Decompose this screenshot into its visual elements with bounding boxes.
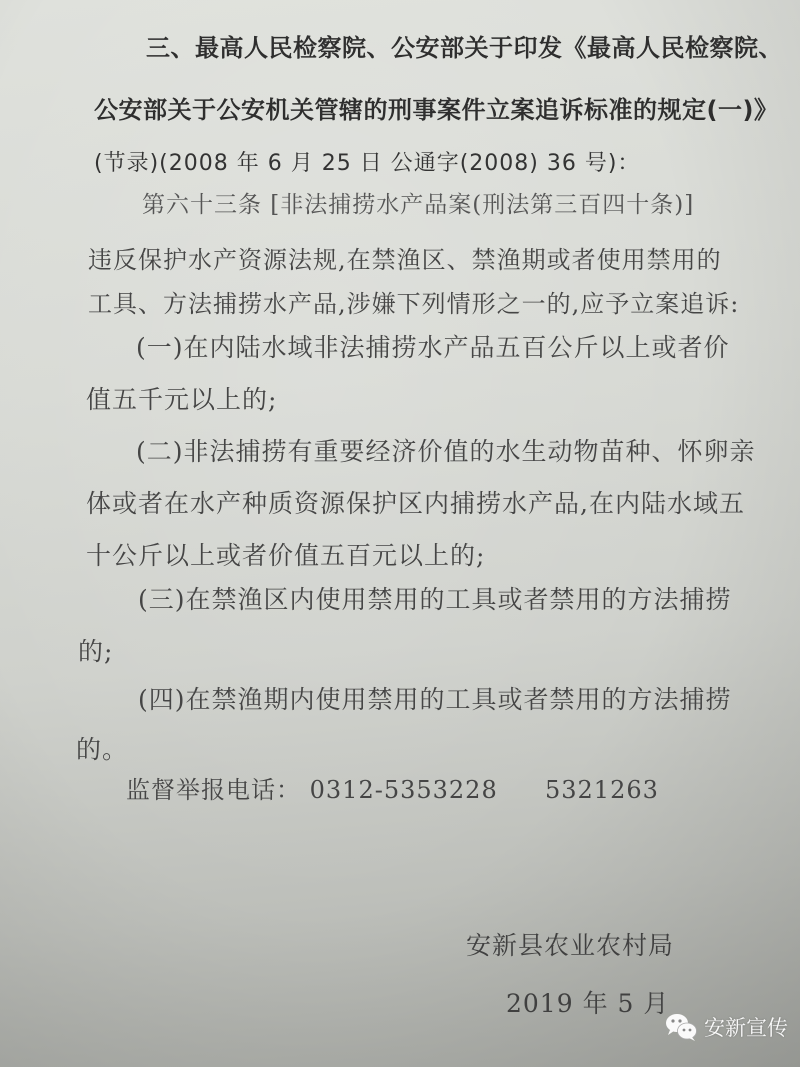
article-intro-line-2: 工具、方法捕捞水产品,涉嫌下列情形之一的,应予立案追诉: [88, 284, 739, 319]
item-2-line-3: 十公斤以上或者价值五百元以上的; [86, 536, 485, 572]
watermark-text: 安新宣传 [704, 1012, 788, 1042]
item-2-line-2: 体或者在水产种质资源保护区内捕捞水产品,在内陆水域五 [86, 484, 745, 520]
heading-line-2: 公安部关于公安机关管辖的刑事案件立案追诉标准的规定(一)》 [94, 90, 778, 125]
article-title: 第六十三条 [非法捕捞水产品案(刑法第三百四十条)] [142, 186, 694, 219]
item-3-line-2: 的; [78, 632, 113, 668]
item-1-line-2: 值五千元以上的; [86, 380, 277, 416]
heading-line-1: 三、最高人民检察院、公安部关于印发《最高人民检察院、 [146, 28, 783, 63]
hotline-phone-1: 0312-5353228 [310, 776, 498, 804]
item-4-line-1: (四)在禁渔期内使用禁用的工具或者禁用的方法捕捞 [138, 680, 732, 716]
article-intro-line-1: 违反保护水产资源法规,在禁渔区、禁渔期或者使用禁用的 [88, 240, 722, 275]
item-2-line-1: (二)非法捕捞有重要经济价值的水生动物苗种、怀卵亲 [136, 432, 756, 468]
item-4-line-2: 的。 [76, 730, 128, 766]
hotline-label: 监督举报电话： [126, 776, 301, 804]
wechat-icon [664, 1012, 698, 1042]
hotline: 监督举报电话： 0312-5353228 5321263 [126, 770, 659, 805]
heading-line-3: (节录)(2008 年 6 月 25 日 公通字(2008) 36 号)： [94, 146, 640, 177]
item-3-line-1: (三)在禁渔区内使用禁用的工具或者禁用的方法捕捞 [138, 580, 732, 616]
item-1-line-1: (一)在内陆水域非法捕捞水产品五百公斤以上或者价 [136, 328, 730, 364]
signature-organization: 安新县农业农村局 [466, 926, 674, 962]
signature-date: 2019 年 5 月 [506, 984, 669, 1020]
hotline-phone-2: 5321263 [545, 776, 659, 804]
watermark: 安新宣传 [664, 1012, 788, 1042]
